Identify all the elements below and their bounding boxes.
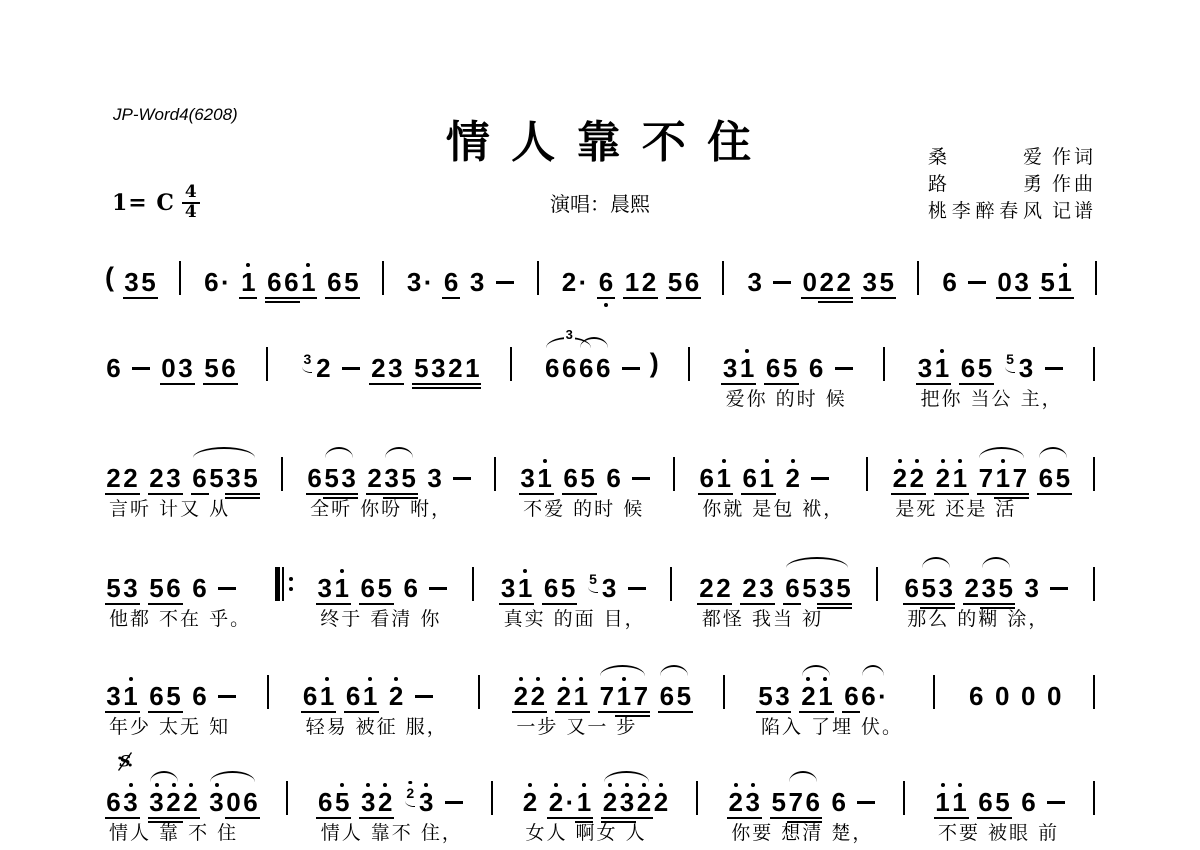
- credit-lyricist: 桑爱 作词: [928, 144, 1096, 171]
- slur-arc: [193, 447, 255, 458]
- note: 0: [225, 781, 242, 815]
- note: 1: [464, 347, 481, 381]
- note: 1: [739, 347, 756, 381]
- note-group: 322: [148, 781, 199, 815]
- barline: [722, 261, 724, 295]
- dash-note: [856, 781, 876, 815]
- notes-row: 31656: [722, 329, 854, 381]
- dash-note: [1046, 781, 1066, 815]
- octave-dot-above: [941, 459, 945, 463]
- note: 6: [562, 457, 579, 491]
- lyrics-row: 把你 当公 主，: [917, 384, 1064, 411]
- note-group: 56: [148, 567, 182, 601]
- beam-line: [122, 711, 140, 713]
- note: 3: [418, 781, 435, 815]
- measure: 22236535言听 计又 从: [105, 439, 259, 521]
- credit-name: 桃李醉春风: [928, 198, 1042, 225]
- beam-line: [773, 711, 791, 713]
- note: 6: [698, 457, 715, 491]
- note: 5: [376, 567, 393, 601]
- notes-row: 22236535: [698, 549, 852, 601]
- beam-line: [542, 603, 560, 605]
- beam-line: [165, 817, 183, 819]
- note: 2: [715, 567, 732, 601]
- notes-row: 31656: [519, 439, 651, 491]
- note: 2: [891, 457, 908, 491]
- lyrics-row: 陷入 了埋 伏。: [757, 712, 903, 739]
- beam-line: [878, 297, 896, 299]
- octave-dot-above: [172, 783, 176, 787]
- notes-row: [1093, 549, 1097, 599]
- barline: [883, 347, 885, 381]
- beam-line: [963, 603, 981, 605]
- note-group: 51: [1039, 261, 1073, 295]
- barline-col: [286, 763, 290, 843]
- note: 2: [934, 457, 951, 491]
- note-group: 31: [722, 347, 756, 381]
- beam-line: [306, 493, 324, 495]
- beam-line: [744, 817, 762, 819]
- augmentation-dot: ·: [220, 261, 231, 295]
- note: 6: [860, 675, 877, 709]
- beam-line: [834, 607, 852, 609]
- note-group: 717: [977, 457, 1028, 491]
- note-group: 03: [160, 347, 194, 381]
- key-label: 1= C: [112, 190, 175, 216]
- note: 6: [960, 347, 977, 381]
- augmentation-dot: ·: [565, 781, 576, 815]
- dash-note: [444, 781, 464, 815]
- dash-note: [834, 347, 854, 381]
- barline: [670, 567, 672, 601]
- note: 2: [835, 261, 852, 295]
- note-group: 0: [1046, 675, 1063, 709]
- beam-line: [976, 383, 994, 385]
- note: 3: [818, 567, 835, 601]
- barline-col: [696, 763, 700, 843]
- score-page: JP-Word4(6208) 情 人 靠 不 住 演唱：晨熙 1= C 4 4 …: [0, 0, 1200, 850]
- note: 6: [165, 567, 182, 601]
- beam-line: [562, 493, 580, 495]
- note: 1: [934, 781, 951, 815]
- beam-line: [980, 603, 998, 605]
- note-group: 6: [1020, 781, 1037, 815]
- note: 6: [359, 567, 376, 601]
- note: 1: [994, 457, 1011, 491]
- svg-text:S: S: [119, 752, 131, 771]
- music-system: 22236535言听 计又 从6532353全听 你吩 咐，31656不爱 的时…: [105, 439, 1097, 521]
- notes-row: 61612: [698, 439, 844, 491]
- beam-line: [265, 301, 283, 303]
- note: 2: [447, 347, 464, 381]
- note-group: 32: [360, 781, 394, 815]
- measure: 31656年少 太无 知: [105, 657, 237, 739]
- note: 2: [908, 457, 925, 491]
- notes-row: [723, 657, 727, 707]
- beam-line: [123, 297, 141, 299]
- octave-dot-above: [129, 677, 133, 681]
- note: 3: [122, 567, 139, 601]
- beam-line: [817, 603, 835, 605]
- credit-role: 记谱: [1052, 198, 1096, 225]
- octave-dot-above: [579, 677, 583, 681]
- slur-arc: [1039, 447, 1067, 458]
- note: 6: [561, 347, 578, 381]
- dash-note: [621, 347, 641, 381]
- note: 6: [317, 781, 334, 815]
- grace-note: 5: [586, 567, 601, 601]
- beam-line: [239, 297, 257, 299]
- beam-line: [817, 607, 835, 609]
- beam-line: [529, 711, 547, 713]
- notes-row: 6·166165: [203, 243, 360, 295]
- lyrics-row: [286, 816, 290, 843]
- notes-row: 235766: [727, 763, 876, 815]
- notes-row: [1093, 657, 1097, 707]
- notes-row: 3·63: [406, 243, 515, 295]
- note: 3: [123, 261, 140, 295]
- octave-dot-above: [528, 783, 532, 787]
- beam-line: [340, 493, 358, 495]
- beam-line: [412, 383, 430, 385]
- note: 2: [653, 781, 670, 815]
- augmentation-dot: ·: [577, 261, 588, 295]
- credit-composer: 路勇 作曲: [928, 171, 1096, 198]
- measure: 3·63: [406, 243, 515, 295]
- note: 0: [801, 261, 818, 295]
- note: 5: [560, 567, 577, 601]
- beam-line: [512, 711, 530, 713]
- beam-line: [265, 297, 283, 299]
- octave-dot-above: [394, 677, 398, 681]
- note-group: 23: [403, 781, 435, 815]
- measure: 6532353全听 你吩 咐，: [306, 439, 472, 521]
- dash-note: [772, 261, 792, 295]
- measure: 653223情人 靠不 住，: [317, 763, 464, 845]
- beam-line: [191, 493, 209, 495]
- note-group: 6: [597, 261, 614, 295]
- measure: 61612你就 是包 袱，: [698, 439, 844, 521]
- note: 2: [560, 261, 577, 295]
- note-group: 1: [240, 261, 257, 295]
- note: 2: [636, 781, 653, 815]
- beam-line: [225, 493, 243, 495]
- beam-line: [933, 383, 951, 385]
- lyrics-row: 情人 靠不 住，: [317, 818, 464, 845]
- beam-line: [683, 297, 701, 299]
- measure: 60356: [105, 329, 237, 411]
- music-system: (356·1661653·632·6125630223560351: [105, 243, 1097, 295]
- beam-line: [318, 711, 336, 713]
- lyrics-row: 终于 看清 你: [316, 604, 448, 631]
- notes-row: [673, 439, 677, 489]
- beam-line: [165, 711, 183, 713]
- beam-line: [165, 821, 183, 823]
- beam-line: [934, 817, 952, 819]
- note: 3: [519, 457, 536, 491]
- note: 6: [191, 457, 208, 491]
- note: 3: [980, 567, 997, 601]
- beam-line: [220, 383, 238, 385]
- barline-col: [722, 243, 724, 293]
- slur-arc: [789, 771, 817, 782]
- octave-dot-above: [751, 783, 755, 787]
- lyrics-row: [696, 816, 700, 843]
- beam-line: [618, 821, 636, 823]
- note: 2: [148, 457, 165, 491]
- note: 7: [787, 781, 804, 815]
- beam-line: [165, 493, 183, 495]
- octave-dot-above: [625, 783, 629, 787]
- beam-line: [105, 817, 123, 819]
- octave-dot-above: [582, 783, 586, 787]
- lyrics-row: 他都 不在 乎。: [105, 604, 251, 631]
- beam-line: [623, 297, 641, 299]
- barline-col: [1093, 763, 1097, 843]
- note: 5: [997, 567, 1014, 601]
- credit-transcriber: 桃李醉春风 记谱: [928, 198, 1096, 225]
- note-group: 3: [426, 457, 443, 491]
- octave-dot-above: [823, 677, 827, 681]
- beam-line: [463, 387, 481, 389]
- note-group: 22: [512, 675, 546, 709]
- beam-line: [799, 711, 817, 713]
- note-group: 0: [1020, 675, 1037, 709]
- notes-row: 532166·: [757, 657, 903, 709]
- beam-line: [1056, 297, 1074, 299]
- beam-line: [429, 383, 447, 385]
- lyrics-row: [510, 382, 514, 409]
- beam-line: [446, 387, 464, 389]
- beam-line: [959, 383, 977, 385]
- dash-note: [810, 457, 830, 491]
- music-system: 31656年少 太无 知61612轻易 被征 服，222171765一步 又一 …: [105, 657, 1097, 739]
- notes-row: 22·12322: [522, 763, 670, 815]
- beam-line: [994, 817, 1012, 819]
- notes-row: [1093, 439, 1097, 489]
- barline: [382, 261, 384, 295]
- lyrics-row: 不要 被眼 前: [934, 818, 1066, 845]
- notes-row: 22236535: [105, 439, 259, 491]
- dash-note: [414, 675, 434, 709]
- note-group: 2: [522, 781, 539, 815]
- note: 2: [741, 567, 758, 601]
- beam-line: [148, 711, 166, 713]
- beam-line: [282, 297, 300, 299]
- note: 6: [191, 675, 208, 709]
- note: 6: [220, 347, 237, 381]
- beam-line: [787, 817, 805, 819]
- beam-line: [122, 603, 140, 605]
- notes-row: [933, 657, 937, 707]
- note-group: 31: [500, 567, 534, 601]
- lyrics-row: 你就 是包 袱，: [698, 494, 844, 521]
- note: 3: [406, 261, 423, 295]
- notes-row: 302235: [746, 243, 895, 295]
- parenthesis: ): [650, 347, 659, 381]
- beam-line: [359, 603, 377, 605]
- parenthesis: (: [105, 261, 114, 295]
- note: 6: [808, 347, 825, 381]
- note: 6: [741, 457, 758, 491]
- note: 5: [208, 457, 225, 491]
- beam-line: [299, 297, 317, 299]
- beam-line: [105, 493, 123, 495]
- beam-line: [818, 297, 836, 299]
- beam-line: [333, 603, 351, 605]
- note: 6: [544, 347, 561, 381]
- credit-role: 作词: [1052, 144, 1096, 171]
- note: 3: [601, 567, 618, 601]
- barline-col: [688, 329, 692, 409]
- barline: [876, 567, 878, 601]
- beam-line: [463, 383, 481, 385]
- barline-col: [876, 549, 880, 629]
- note-group: 65: [317, 781, 351, 815]
- beam-line: [997, 607, 1015, 609]
- note: 0: [996, 261, 1013, 295]
- notes-row: [179, 243, 181, 293]
- beam-line: [632, 715, 650, 717]
- note-group: 23: [741, 567, 775, 601]
- note-group: 61: [741, 457, 775, 491]
- note-group: 35: [123, 261, 157, 295]
- note-group: 61: [698, 457, 732, 491]
- barline-col: [866, 439, 870, 519]
- note: 2: [182, 781, 199, 815]
- beam-line: [366, 493, 384, 495]
- note-group: 22: [105, 457, 139, 491]
- barline-col: [883, 329, 887, 409]
- beam-line: [242, 817, 260, 819]
- notes-row: [281, 439, 285, 489]
- octave-dot-above: [519, 677, 523, 681]
- beam-line: [412, 387, 430, 389]
- note: 5: [203, 347, 220, 381]
- barline: [933, 675, 935, 709]
- lyrics-row: 不爱 的时 候: [519, 494, 651, 521]
- barline-col: [917, 243, 919, 293]
- barline: [903, 781, 905, 815]
- octave-dot-above: [129, 783, 133, 787]
- note: 1: [758, 457, 775, 491]
- note-group: 31: [316, 567, 350, 601]
- notes-row: 53566: [105, 549, 251, 601]
- beam-line: [160, 383, 178, 385]
- note: 1: [517, 567, 534, 601]
- note: 3: [917, 347, 934, 381]
- note-group: 56: [666, 261, 700, 295]
- dash-note: [1044, 347, 1064, 381]
- barline: [723, 675, 725, 709]
- beam-line: [575, 817, 593, 819]
- note: 1: [817, 675, 834, 709]
- key-signature: 1= C 4 4: [112, 184, 200, 222]
- notes-row: [670, 549, 674, 599]
- note: 1: [362, 675, 379, 709]
- beam-line: [601, 821, 619, 823]
- beam-line: [1037, 493, 1055, 495]
- notes-row: 60356: [105, 329, 237, 381]
- note: 0: [160, 347, 177, 381]
- note-group: 2: [388, 675, 405, 709]
- note: 0: [1020, 675, 1037, 709]
- note: 6: [830, 781, 847, 815]
- note: 3: [177, 347, 194, 381]
- measure: 316553把你 当公 主，: [917, 329, 1064, 411]
- note: 6: [402, 567, 419, 601]
- notes-row: 653223: [317, 763, 464, 815]
- note-group: 03: [996, 261, 1030, 295]
- note-group: 6: [402, 567, 419, 601]
- octave-dot-below: [604, 303, 608, 307]
- note: 5: [323, 457, 340, 491]
- note: 3: [387, 347, 404, 381]
- note: 3: [744, 781, 761, 815]
- note: 6: [595, 347, 612, 381]
- beam-line: [920, 607, 938, 609]
- measure: 6·166165: [203, 243, 360, 295]
- slur-arc: [660, 665, 688, 676]
- note: 2: [366, 457, 383, 491]
- note: 6: [784, 567, 801, 601]
- beam-line: [601, 817, 619, 819]
- beam-line: [861, 297, 879, 299]
- beam-line: [400, 493, 418, 495]
- note-group: 65: [658, 675, 692, 709]
- note: 3: [430, 347, 447, 381]
- note: 2: [377, 781, 394, 815]
- lyrics-row: [544, 384, 659, 411]
- beam-line: [951, 493, 969, 495]
- lyrics-row: [883, 382, 887, 409]
- lyrics-row: 轻易 被征 服，: [302, 712, 448, 739]
- lyrics-row: [903, 816, 907, 843]
- notes-row: 60351: [941, 243, 1073, 295]
- beam-line: [698, 493, 716, 495]
- note-group: 31: [519, 457, 553, 491]
- note-group: 66663: [544, 347, 612, 381]
- note-group: 6: [941, 261, 958, 295]
- note: 6: [765, 347, 782, 381]
- notes-row: [267, 657, 271, 707]
- barline-col: [179, 243, 181, 293]
- note: 3: [208, 781, 225, 815]
- octave-dot-above: [915, 459, 919, 463]
- barline-col: [491, 763, 495, 843]
- note: 3: [383, 457, 400, 491]
- note-group: 31: [917, 347, 951, 381]
- grace-note: 5: [1003, 347, 1018, 381]
- octave-dot-above: [898, 459, 902, 463]
- note: 7: [598, 675, 615, 709]
- notes-row: [866, 439, 870, 489]
- beam-line: [547, 817, 565, 819]
- note: 6: [968, 675, 985, 709]
- note-group: 6: [191, 675, 208, 709]
- measure: 11656不要 被眼 前: [934, 763, 1066, 845]
- beam-line: [757, 603, 775, 605]
- note-group: 21: [800, 675, 834, 709]
- note: 6: [242, 781, 259, 815]
- measure: 2·61256: [560, 243, 700, 295]
- slur-arc: [786, 557, 848, 568]
- measure: (35: [105, 243, 157, 295]
- octave-dot-above: [745, 349, 749, 353]
- notes-row: [510, 329, 514, 379]
- note-group: 6: [105, 347, 122, 381]
- octave-dot-above: [523, 569, 527, 573]
